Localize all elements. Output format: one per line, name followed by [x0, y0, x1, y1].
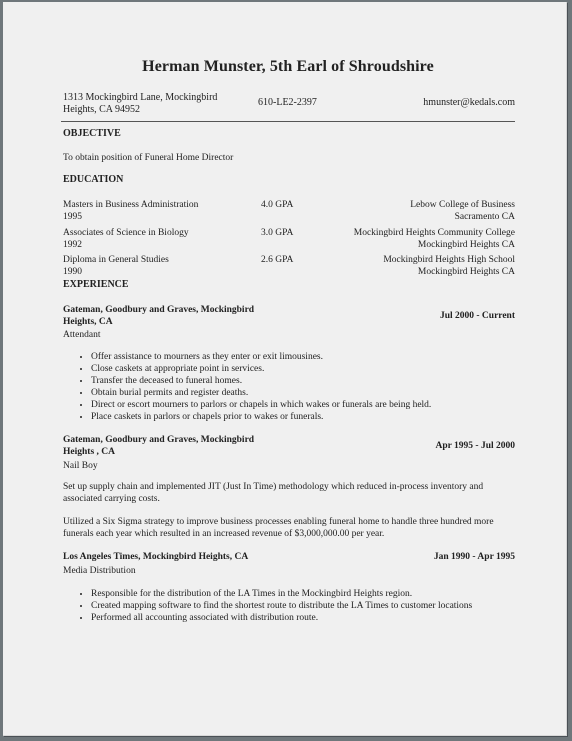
job-duties: Offer assistance to mourners as they ent… [79, 351, 431, 423]
job-description: Utilized a Six Sigma strategy to improve… [63, 516, 513, 540]
duty-item: Created mapping software to find the sho… [91, 600, 472, 612]
gpa: 3.0 GPA [261, 227, 293, 239]
objective-heading: OBJECTIVE [63, 128, 121, 139]
job-title: Attendant [63, 329, 100, 341]
job-title: Nail Boy [63, 460, 98, 472]
duty-item: Close caskets at appropriate point in se… [91, 363, 431, 375]
school: Lebow College of Business [410, 199, 515, 211]
job-title: Media Distribution [63, 565, 136, 577]
job-dates: Jul 2000 - Current [440, 310, 515, 322]
header-divider [61, 121, 515, 122]
job-dates: Apr 1995 - Jul 2000 [435, 440, 515, 452]
degree: Masters in Business Administration [63, 199, 198, 211]
gpa: 2.6 GPA [261, 254, 293, 266]
job-duties: Responsible for the distribution of the … [79, 588, 472, 624]
duty-item: Offer assistance to mourners as they ent… [91, 351, 431, 363]
education-heading: EDUCATION [63, 174, 123, 185]
objective-text: To obtain position of Funeral Home Direc… [63, 152, 233, 164]
job-description: Set up supply chain and implemented JIT … [63, 481, 513, 505]
school-location: Mockingbird Heights CA [354, 239, 515, 251]
year: 1990 [63, 266, 169, 278]
school-location: Sacramento CA [410, 211, 515, 223]
resume-page: Herman Munster, 5th Earl of Shroudshire … [3, 2, 567, 736]
duty-item: Responsible for the distribution of the … [91, 588, 472, 600]
resume-name: Herman Munster, 5th Earl of Shroudshire [61, 58, 515, 76]
duty-item: Obtain burial permits and register death… [91, 387, 431, 399]
duty-item: Transfer the deceased to funeral homes. [91, 375, 431, 387]
phone: 610-LE2-2397 [258, 97, 317, 109]
school-location: Mockingbird Heights CA [383, 266, 515, 278]
job-dates: Jan 1990 - Apr 1995 [434, 551, 515, 563]
duty-item: Performed all accounting associated with… [91, 612, 472, 624]
school: Mockingbird Heights Community College [354, 227, 515, 239]
company: Gateman, Goodbury and Graves, Mockingbir… [63, 434, 273, 458]
company: Gateman, Goodbury and Graves, Mockingbir… [63, 304, 273, 328]
degree: Diploma in General Studies [63, 254, 169, 266]
gpa: 4.0 GPA [261, 199, 293, 211]
degree: Associates of Science in Biology [63, 227, 189, 239]
experience-heading: EXPERIENCE [63, 279, 129, 290]
company: Los Angeles Times, Mockingbird Heights, … [63, 551, 363, 563]
duty-item: Direct or escort mourners to parlors or … [91, 399, 431, 411]
school: Mockingbird Heights High School [383, 254, 515, 266]
year: 1995 [63, 211, 198, 223]
duty-item: Place caskets in parlors or chapels prio… [91, 411, 431, 423]
year: 1992 [63, 239, 189, 251]
address: 1313 Mockingbird Lane, Mockingbird Heigh… [63, 92, 238, 116]
email: hmunster@kedals.com [423, 97, 515, 109]
